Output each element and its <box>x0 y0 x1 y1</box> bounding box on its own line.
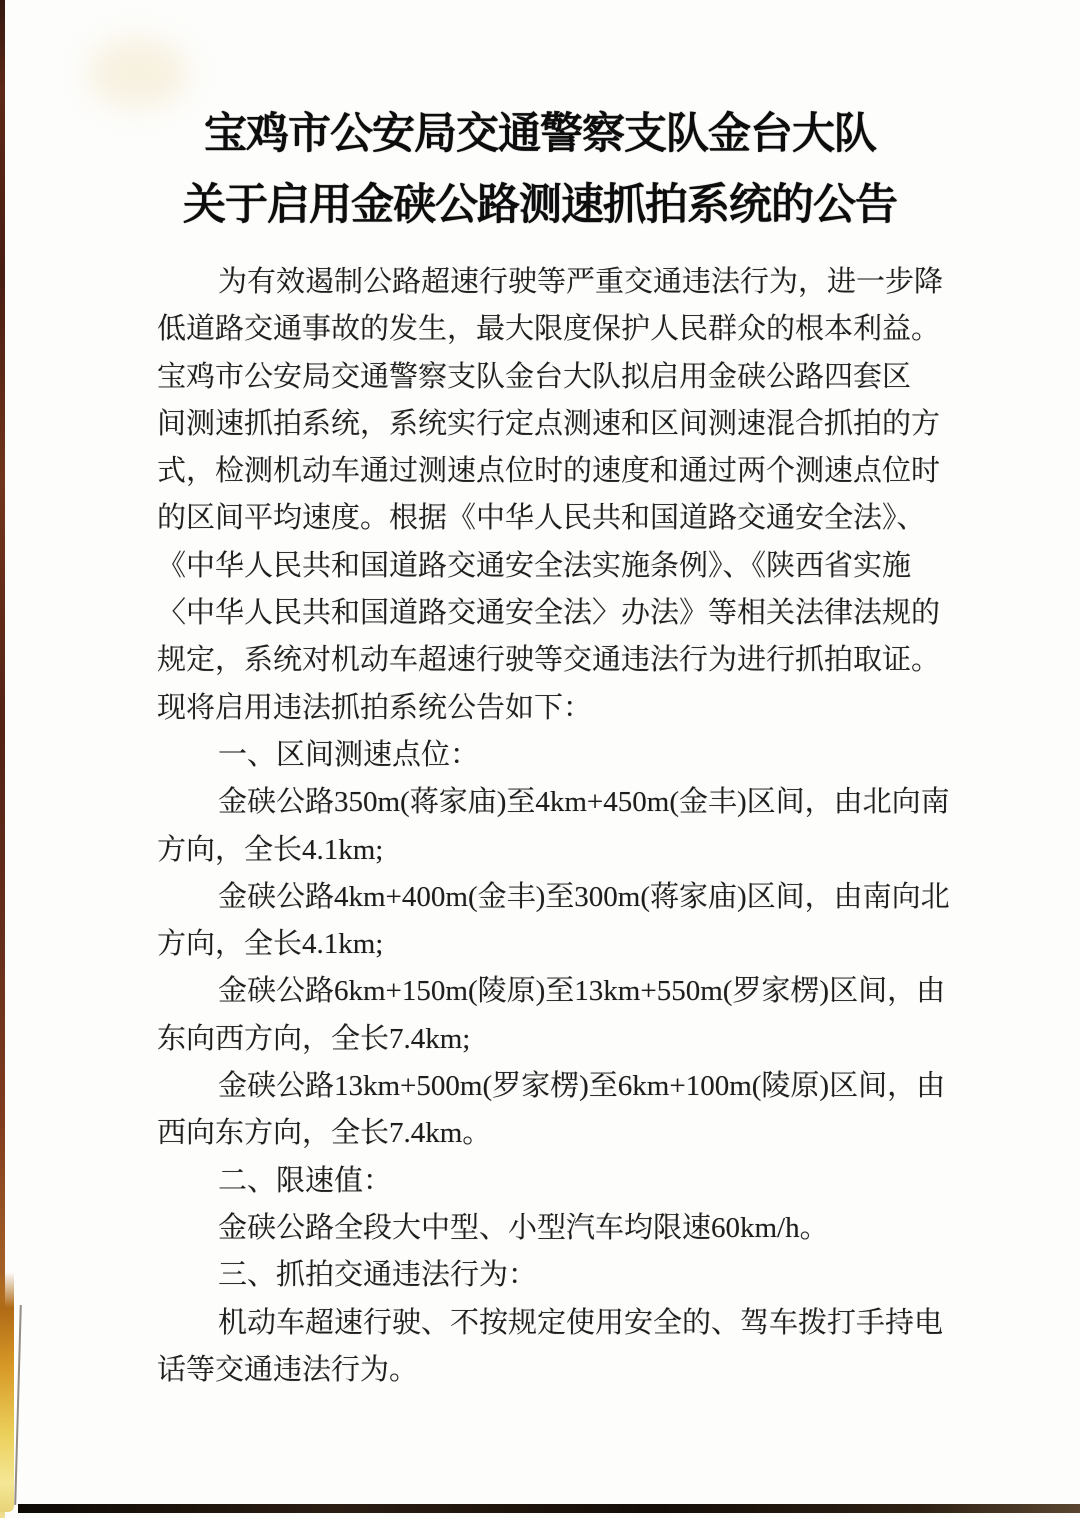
title-line-2: 关于启用金硖公路测速抓拍系统的公告 <box>0 170 1080 241</box>
body-line: 三、抓拍交通违法行为： <box>157 1252 957 1299</box>
body-line: 低道路交通事故的发生，最大限度保护人民群众的根本利益。 <box>157 306 957 353</box>
body-line: 间测速抓拍系统，系统实行定点测速和区间测速混合抓拍的方 <box>157 401 957 448</box>
scanned-document-page: 宝鸡市公安局交通警察支队金台大队 关于启用金硖公路测速抓拍系统的公告 为有效遏制… <box>0 0 1080 1518</box>
body-line: 话等交通违法行为。 <box>157 1347 957 1394</box>
scan-edge-gold-streak-artifact <box>0 1272 14 1512</box>
document-title: 宝鸡市公安局交通警察支队金台大队 关于启用金硖公路测速抓拍系统的公告 <box>0 99 1080 241</box>
body-line: 宝鸡市公安局交通警察支队金台大队拟启用金硖公路四套区 <box>157 354 957 401</box>
body-line: 的区间平均速度。根据《中华人民共和国道路交通安全法》、 <box>157 495 957 542</box>
body-line: 为有效遏制公路超速行驶等严重交通违法行为，进一步降 <box>157 259 957 306</box>
body-line: 金硖公路13km+500m(罗家楞)至6km+100m(陵原)区间，由 <box>157 1063 957 1110</box>
body-line: 金硖公路6km+150m(陵原)至13km+550m(罗家楞)区间，由 <box>157 968 957 1015</box>
body-line: 方向，全长4.1km; <box>157 827 957 874</box>
body-line: 《中华人民共和国道路交通安全法实施条例》、《陕西省实施 <box>157 543 957 590</box>
body-line: 〈中华人民共和国道路交通安全法〉办法》等相关法律法规的 <box>157 590 957 637</box>
body-line: 机动车超速行驶、不按规定使用安全的、驾车拨打手持电 <box>157 1300 957 1347</box>
body-line: 金硖公路350m(蒋家庙)至4km+450m(金丰)区间，由北向南 <box>157 779 957 826</box>
page-corner-shadow-line <box>14 1305 22 1505</box>
body-line: 二、限速值： <box>157 1158 957 1205</box>
body-line: 方向，全长4.1km; <box>157 921 957 968</box>
paper-smudge <box>88 38 188 108</box>
body-line: 西向东方向，全长7.4km。 <box>157 1110 957 1157</box>
body-line: 金硖公路4km+400m(金丰)至300m(蒋家庙)区间，由南向北 <box>157 874 957 921</box>
body-line: 现将启用违法抓拍系统公告如下： <box>157 685 957 732</box>
body-line: 式，检测机动车通过测速点位时的速度和通过两个测速点位时 <box>157 448 957 495</box>
scan-edge-bottom-artifact <box>18 1504 1080 1513</box>
document-body: 为有效遏制公路超速行驶等严重交通违法行为，进一步降低道路交通事故的发生，最大限度… <box>157 259 957 1394</box>
body-line: 规定，系统对机动车超速行驶等交通违法行为进行抓拍取证。 <box>157 637 957 684</box>
body-line: 东向西方向，全长7.4km; <box>157 1016 957 1063</box>
body-line: 一、区间测速点位： <box>157 732 957 779</box>
body-line: 金硖公路全段大中型、小型汽车均限速60km/h。 <box>157 1205 957 1252</box>
title-line-1: 宝鸡市公安局交通警察支队金台大队 <box>0 99 1080 170</box>
